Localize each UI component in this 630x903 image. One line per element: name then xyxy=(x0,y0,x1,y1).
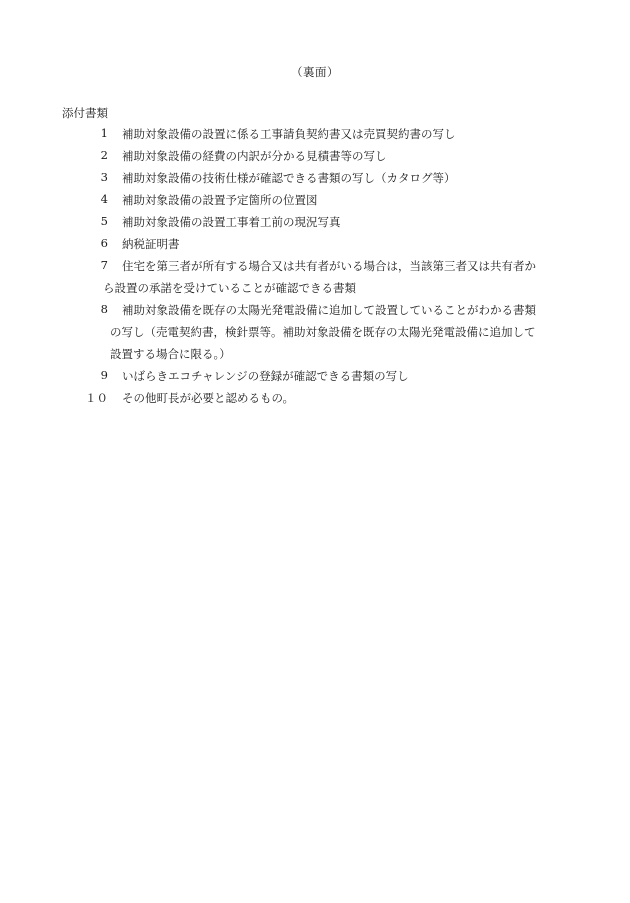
item-text: 納税証明書 xyxy=(122,236,180,252)
list-item-8-continuation-1: の写し（売電契約書，検針票等。補助対象設備を既存の太陽光発電設備に追加して xyxy=(110,324,536,340)
item-text: その他町長が必要と認めるもの。 xyxy=(122,390,294,406)
item-number: 9 xyxy=(88,368,108,382)
item-text: 補助対象設備の経費の内訳が分かる見積書等の写し xyxy=(122,148,387,164)
page-side-label: （裏面） xyxy=(0,64,630,80)
item-number: 8 xyxy=(88,302,108,316)
item-text: 補助対象設備の設置予定箇所の位置図 xyxy=(122,192,318,208)
item-text: いばらきエコチャレンジの登録が確認できる書類の写し xyxy=(122,368,409,384)
item-text: 補助対象設備の設置に係る工事請負契約書又は売買契約書の写し xyxy=(122,126,456,142)
section-title-attachments: 添付書類 xyxy=(62,105,108,121)
item-number: １０ xyxy=(68,390,108,406)
list-item-8-continuation-2: 設置する場合に限る。） xyxy=(110,346,231,362)
item-text: 補助対象設備の設置工事着工前の現況写真 xyxy=(122,214,341,230)
item-number: 7 xyxy=(88,258,108,272)
item-number: 5 xyxy=(88,214,108,228)
item-text: 住宅を第三者が所有する場合又は共有者がいる場合は，当該第三者又は共有者か xyxy=(122,258,536,274)
item-number: 2 xyxy=(88,148,108,162)
item-number: 1 xyxy=(88,126,108,140)
item-text: 補助対象設備を既存の太陽光発電設備に追加して設置していることがわかる書類 xyxy=(122,302,536,318)
list-item-7-continuation: ら設置の承諾を受けていることが確認できる書類 xyxy=(103,280,356,296)
item-text: 補助対象設備の技術仕様が確認できる書類の写し（カタログ等） xyxy=(122,170,456,186)
item-number: 4 xyxy=(88,192,108,206)
item-number: 3 xyxy=(88,170,108,184)
item-number: 6 xyxy=(88,236,108,250)
